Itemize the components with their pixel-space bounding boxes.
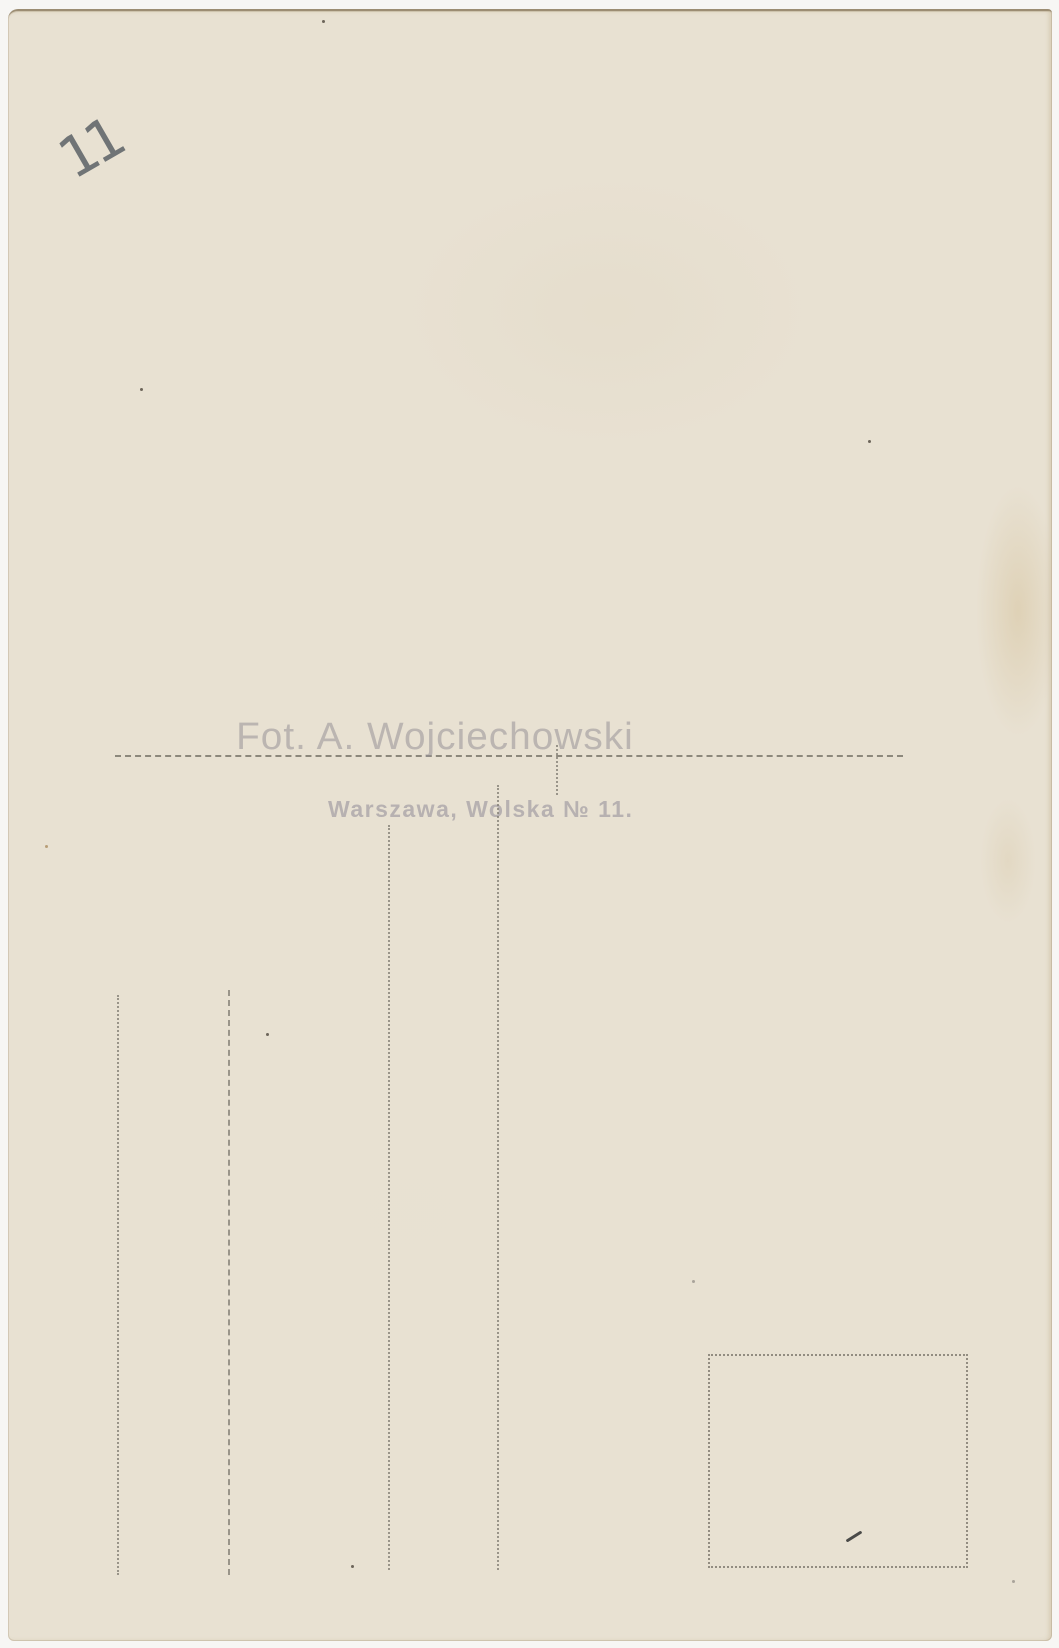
paper-speck (868, 440, 871, 443)
vertical-guide-line-2 (228, 990, 230, 1575)
vertical-guide-line-1 (117, 995, 119, 1575)
paper-speck (45, 845, 48, 848)
paper-speck (140, 388, 143, 391)
paper-speck (692, 1280, 695, 1283)
photographer-stamp-name: Fot. A. Wojciechowski (236, 716, 634, 759)
postage-stamp-box (708, 1354, 968, 1568)
paper-speck (351, 1565, 354, 1568)
photographer-stamp-address: Warszawa, Wolska № 11. (328, 796, 633, 823)
paper-speck (1012, 1580, 1015, 1583)
vertical-guide-line-4 (497, 785, 499, 1570)
paper-speck (266, 1033, 269, 1036)
paper-speck (322, 20, 325, 23)
vertical-guide-line-3 (388, 825, 390, 1570)
